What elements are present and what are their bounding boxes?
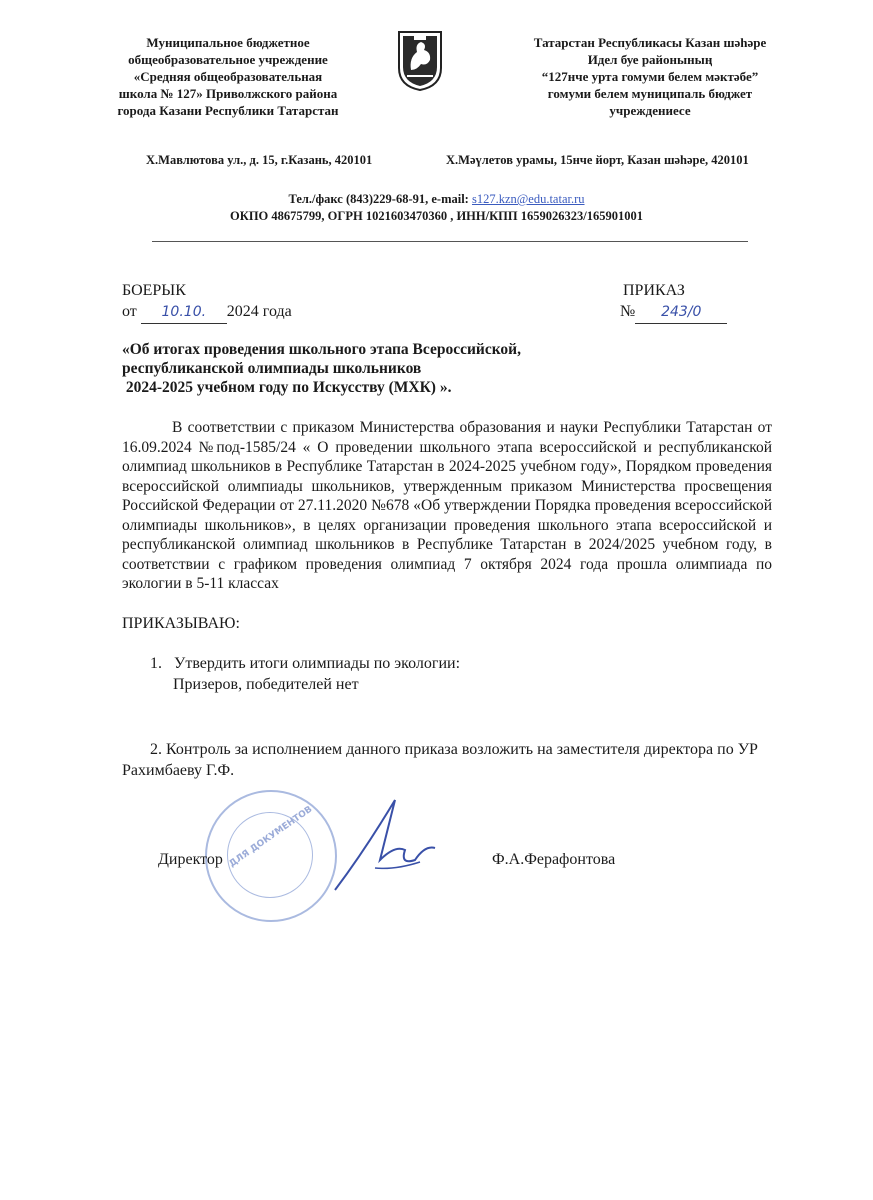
date-handwritten: 10.10. <box>141 302 227 324</box>
address-tatar: Х.Мәүлетов урамы, 15нче йорт, Казан шәһә… <box>446 153 749 168</box>
phone-fax: Тел./факс (843)229-68-91, e-mail: <box>288 192 472 206</box>
header-left-line: общеобразовательное учреждение <box>78 51 378 68</box>
order-word: ПРИКАЗЫВАЮ: <box>122 613 240 634</box>
title-line: республиканской олимпиады школьников <box>122 359 521 378</box>
order-date: от 10.10.2024 года <box>122 301 292 324</box>
official-stamp: ДЛЯ ДОКУМЕНТОВ <box>205 790 337 922</box>
date-prefix: от <box>122 303 137 320</box>
handwritten-signature-icon <box>325 790 445 900</box>
signature-name: Ф.А.Ферафонтова <box>492 849 615 870</box>
address-russian: Х.Мавлютова ул., д. 15, г.Казань, 420101 <box>146 153 372 168</box>
email-link[interactable]: s127.kzn@edu.tatar.ru <box>472 192 585 206</box>
order-item-2: 2. Контроль за исполнением данного прика… <box>122 739 777 781</box>
order-item-1: 1. Утвердить итоги олимпиады по экологии… <box>150 653 460 674</box>
header-right-line: гомуми белем муниципаль бюджет <box>490 85 810 102</box>
number-handwritten: 243/0 <box>635 302 727 324</box>
header-right-line: Татарстан Республикасы Казан шәһәре <box>490 34 810 51</box>
header-right-line: “127нче урта гомуми белем мәктәбе” <box>490 68 810 85</box>
title-line: 2024-2025 учебном году по Искусству (МХК… <box>122 378 521 397</box>
header-right-line: Идел буе районының <box>490 51 810 68</box>
header-divider <box>152 241 748 242</box>
item-text: Утвердить итоги олимпиады по экологии: <box>174 655 460 672</box>
title-line: «Об итогах проведения школьного этапа Вс… <box>122 340 521 359</box>
signature-position: Директор <box>158 849 223 870</box>
registry-numbers: ОКПО 48675799, ОГРН 1021603470360 , ИНН/… <box>0 209 873 224</box>
header-left-line: «Средняя общеобразовательная <box>78 68 378 85</box>
school-name-russian: Муниципальное бюджетное общеобразователь… <box>78 34 378 119</box>
order-title: «Об итогах проведения школьного этапа Вс… <box>122 340 521 397</box>
number-prefix: № <box>620 303 635 320</box>
item-number: 1. <box>150 655 162 672</box>
order-label-russian: ПРИКАЗ <box>623 280 685 301</box>
order-label-tatar: БОЕРЫК <box>122 280 186 301</box>
order-item-1-sub: Призеров, победителей нет <box>173 674 359 695</box>
contact-line: Тел./факс (843)229-68-91, e-mail: s127.k… <box>0 192 873 207</box>
date-suffix: 2024 года <box>227 303 292 320</box>
header-right-line: учреждениесе <box>490 102 810 119</box>
school-name-tatar: Татарстан Республикасы Казан шәһәре Идел… <box>490 34 810 119</box>
kazan-coat-of-arms-icon <box>397 30 443 92</box>
body-paragraph: В соответствии с приказом Министерства о… <box>122 418 772 594</box>
order-number: №243/0 <box>620 301 727 324</box>
header-left-line: Муниципальное бюджетное <box>78 34 378 51</box>
header-left-line: города Казани Республики Татарстан <box>78 102 378 119</box>
header-left-line: школа № 127» Приволжского района <box>78 85 378 102</box>
